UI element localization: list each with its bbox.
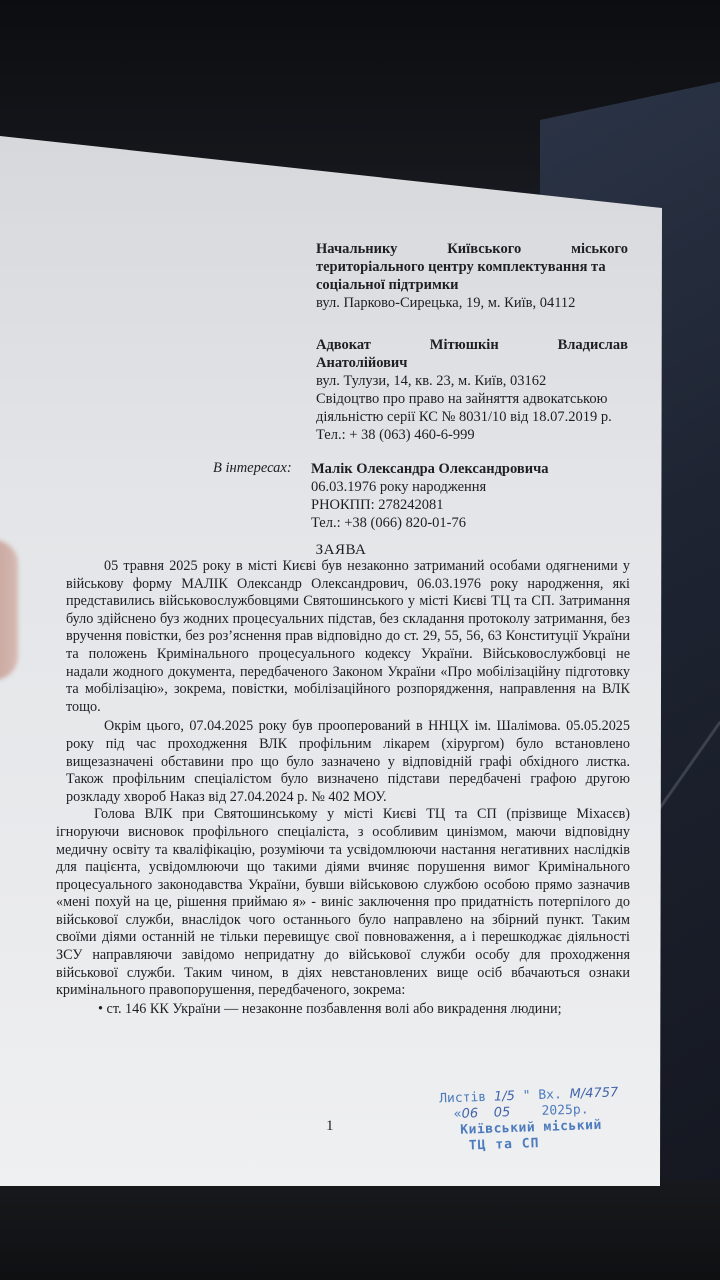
body-paragraph: 05 травня 2025 року в місті Києві був не… (66, 558, 630, 716)
document-body: 05 травня 2025 року в місті Києві був не… (66, 558, 630, 1018)
document: Начальнику Київського міського територіа… (0, 0, 720, 1280)
lawyer-name-word: Адвокат (316, 336, 371, 354)
stamp-year: 2025р. (541, 1102, 588, 1119)
addressee-position: Начальнику Київського міського (316, 240, 628, 258)
stamp-incoming-number: М/4757 (569, 1085, 618, 1102)
lawyer-address: вул. Тулузи, 14, кв. 23, м. Київ, 03162 (316, 372, 628, 390)
bullet-icon: • (72, 1001, 107, 1017)
lawyer-certificate: Свідоцтво про право на зайняття адвокатс… (316, 390, 628, 408)
client-birth-date: 06.03.1976 року народження (311, 478, 631, 496)
stamp-month: 05 (494, 1105, 511, 1121)
addressee-org-line: соціальної підтримки (316, 276, 628, 294)
interest-label: В інтересах: (213, 460, 292, 477)
lawyer-certificate: діяльністю серії КС № 8031/10 від 18.07.… (316, 408, 628, 426)
lawyer-block: Адвокат Мітюшкін Владислав Анатолійович … (316, 336, 628, 444)
stamp-sheets-label: Листів (439, 1090, 486, 1107)
lawyer-phone: Тел.: + 38 (063) 460-6-999 (316, 426, 628, 444)
client-phone: Тел.: +38 (066) 820-01-76 (311, 514, 631, 532)
document-title: ЗАЯВА (0, 542, 662, 559)
client-block: Малік Олександра Олександровича 06.03.19… (311, 460, 631, 532)
stamp-quote: " (522, 1088, 530, 1103)
lawyer-name-word: Владислав (558, 336, 628, 354)
addressee-word: Начальнику (316, 240, 397, 258)
registration-stamp: Листів 1/5 " Вх. М/4757 «06 05 2025р. Ки… (439, 1085, 641, 1156)
stamp-day: 06 (461, 1106, 478, 1122)
addressee-word: Київського (447, 240, 521, 258)
client-tax-id: РНОКПП: 278242081 (311, 496, 631, 514)
stamp-sheets-count: 1/5 (494, 1089, 515, 1105)
bullet-item: • ст. 146 КК України — незаконне позбавл… (66, 1001, 630, 1019)
lawyer-name-word: Мітюшкін (430, 336, 499, 354)
body-paragraph: Голова ВЛК при Святошинському у місті Ки… (56, 806, 630, 1000)
page-number: 1 (326, 1118, 334, 1135)
lawyer-patronymic: Анатолійович (316, 354, 628, 372)
addressee-block: Начальнику Київського міського територіа… (316, 240, 628, 312)
addressee-org-line: територіального центру комплектування та (316, 258, 628, 276)
body-paragraph: Окрім цього, 07.04.2025 року був проопер… (66, 718, 630, 806)
client-name: Малік Олександра Олександровича (311, 460, 631, 478)
addressee-word: міського (571, 240, 628, 258)
stamp-incoming-label: Вх. (538, 1087, 562, 1103)
lawyer-name: Адвокат Мітюшкін Владислав (316, 336, 628, 354)
bullet-text: ст. 146 КК України — незаконне позбавлен… (107, 1001, 562, 1017)
addressee-address: вул. Парково-Сирецька, 19, м. Київ, 0411… (316, 294, 628, 312)
